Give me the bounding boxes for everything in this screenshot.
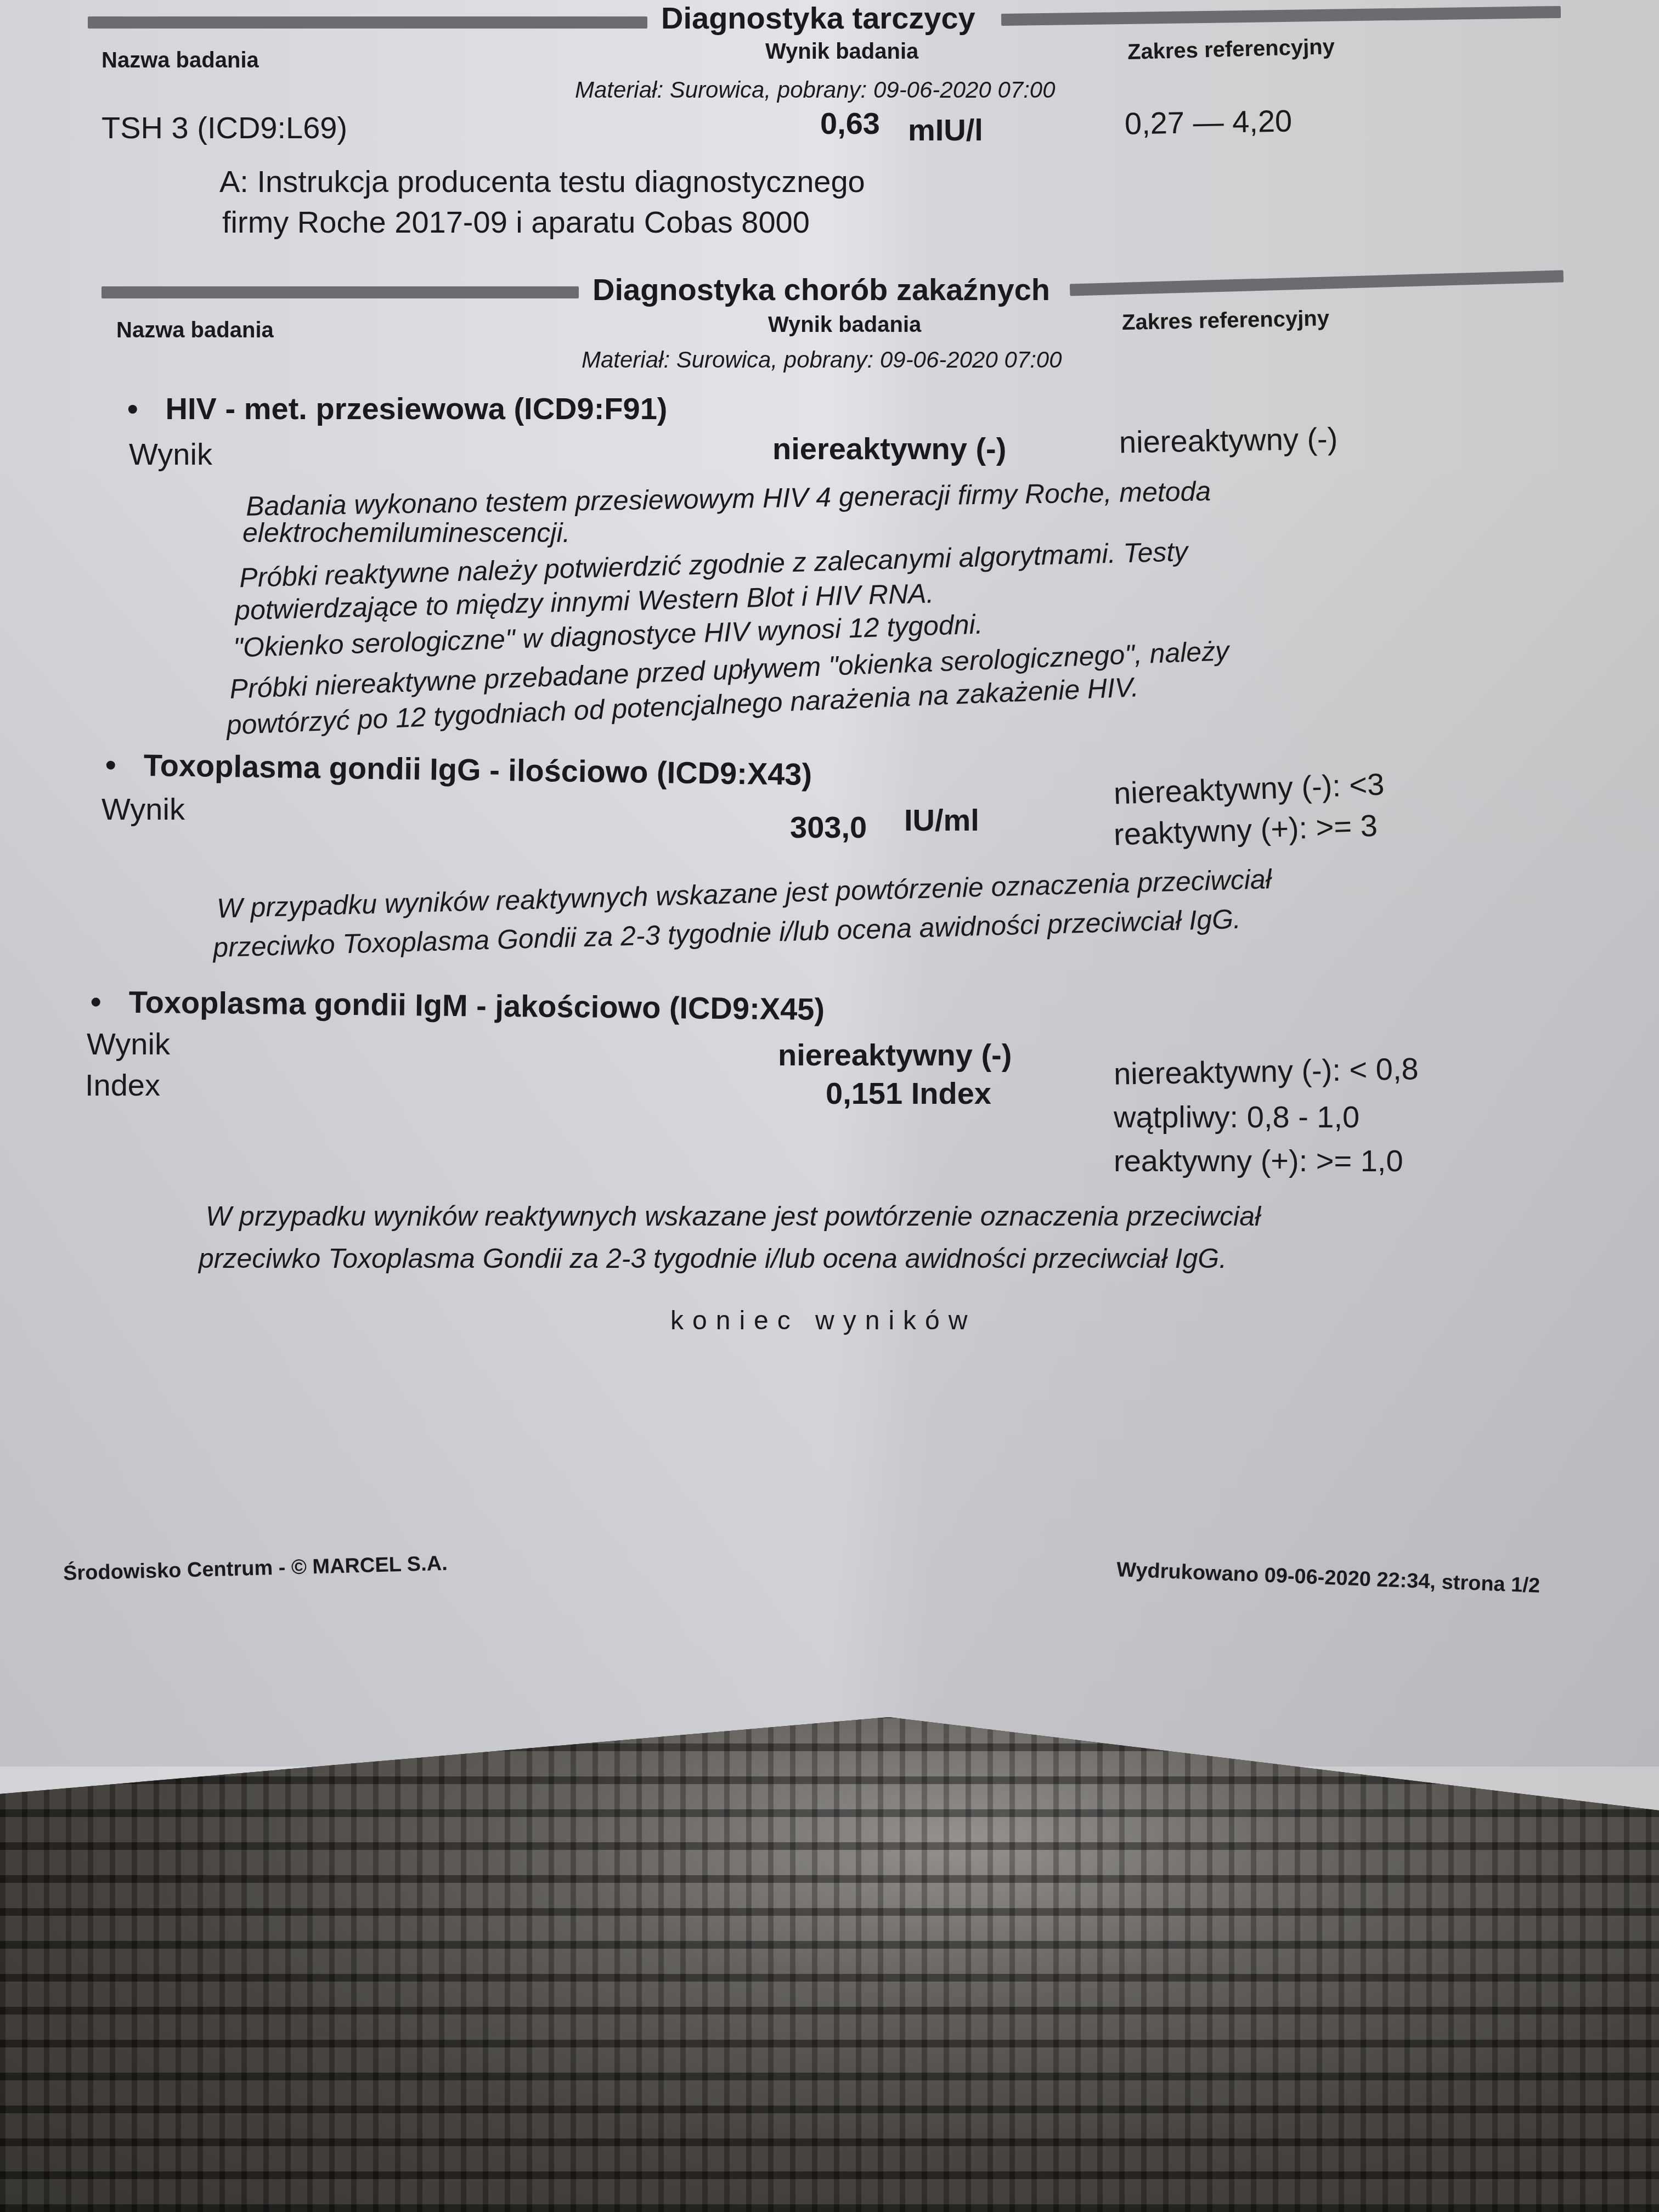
- section-title-infectious: Diagnostyka chorób zakaźnych: [592, 272, 1050, 307]
- test-name-hiv: HIV - met. przesiewowa (ICD9:F91): [127, 391, 667, 426]
- fabric-background: [0, 1717, 1659, 2212]
- row-label-result: Wynik: [129, 436, 212, 472]
- material-info: Materiał: Surowica, pobrany: 09-06-2020 …: [575, 77, 1056, 103]
- toxo-igm-note-line: W przypadku wyników reaktywnych wskazane…: [206, 1200, 1261, 1232]
- test-range-toxo-igm: reaktywny (+): >= 1,0: [1114, 1143, 1403, 1178]
- test-value-tsh: 0,63: [820, 105, 880, 141]
- column-header-result: Wynik badania: [765, 39, 918, 64]
- column-header-name: Nazwa badania: [116, 318, 274, 343]
- column-header-name: Nazwa badania: [101, 48, 259, 73]
- toxo-igm-note-line: przeciwko Toxoplasma Gondii za 2-3 tygod…: [199, 1243, 1227, 1274]
- hiv-note-line: elektrochemiluminescencji.: [242, 517, 570, 549]
- section-divider-left: [88, 16, 647, 29]
- section-divider-left: [101, 286, 579, 298]
- test-range-hiv: niereaktywny (-): [1119, 421, 1338, 460]
- test-value-hiv: niereaktywny (-): [772, 431, 1006, 466]
- thyroid-note-line: A: Instrukcja producenta testu diagnosty…: [219, 163, 865, 199]
- row-label-result: Wynik: [101, 791, 185, 827]
- test-value-toxo-igm: niereaktywny (-): [778, 1037, 1012, 1073]
- column-header-reference: Zakres referencyjny: [1122, 306, 1330, 335]
- test-unit-tsh: mIU/l: [908, 112, 983, 148]
- test-range-tsh: 0,27 — 4,20: [1124, 103, 1292, 141]
- end-of-results: koniec wyników: [670, 1306, 976, 1336]
- test-index-toxo-igm: 0,151 Index: [826, 1075, 991, 1111]
- test-value-toxo-igg: 303,0: [790, 809, 867, 845]
- thyroid-note-line: firmy Roche 2017-09 i aparatu Cobas 8000: [222, 204, 810, 240]
- section-title-thyroid: Diagnostyka tarczycy: [661, 0, 975, 36]
- row-label-result: Wynik: [87, 1026, 170, 1062]
- test-range-toxo-igm: niereaktywny (-): < 0,8: [1113, 1051, 1419, 1092]
- column-header-result: Wynik badania: [768, 313, 921, 337]
- test-range-toxo-igm: wątpliwy: 0,8 - 1,0: [1114, 1099, 1359, 1135]
- material-info: Materiał: Surowica, pobrany: 09-06-2020 …: [582, 347, 1062, 373]
- test-unit-toxo-igg: IU/ml: [904, 802, 979, 838]
- row-label-index: Index: [85, 1067, 160, 1103]
- test-name-tsh: TSH 3 (ICD9:L69): [101, 110, 347, 145]
